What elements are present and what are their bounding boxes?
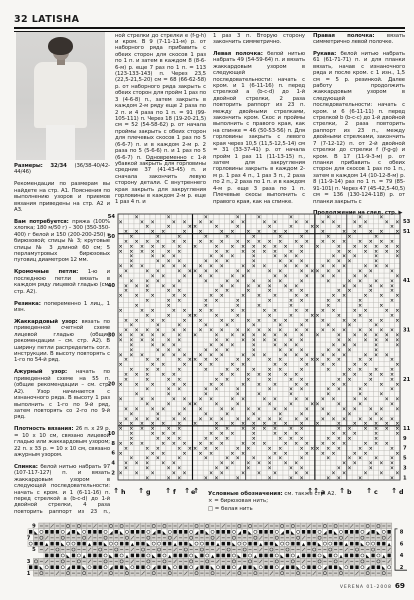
svg-text:41: 41: [403, 278, 411, 284]
svg-text:×: ×: [369, 377, 373, 383]
svg-text:e: e: [191, 489, 195, 496]
svg-text:×: ×: [182, 352, 186, 358]
svg-text:51: 51: [403, 229, 411, 235]
svg-text:3: 3: [403, 465, 407, 471]
svg-text:×: ×: [182, 328, 186, 334]
svg-text:×: ×: [379, 470, 383, 476]
paragraph: Резинка: попеременно 1 лиц., 1 изн.: [14, 301, 110, 314]
svg-text:×: ×: [119, 470, 123, 476]
svg-text:×: ×: [385, 352, 389, 358]
svg-text:×: ×: [241, 308, 245, 314]
svg-text:×: ×: [135, 372, 139, 378]
svg-text:×: ×: [284, 342, 288, 348]
svg-text:×: ×: [284, 362, 288, 368]
svg-text:h: h: [121, 489, 125, 496]
svg-text:×: ×: [177, 249, 181, 255]
svg-text:×: ×: [363, 352, 367, 358]
svg-text:×: ×: [150, 406, 154, 412]
svg-text:×: ×: [214, 224, 218, 230]
svg-text:×: ×: [198, 273, 202, 279]
svg-text:×: ×: [182, 293, 186, 299]
svg-text:×: ×: [353, 397, 357, 403]
svg-text:×: ×: [337, 224, 341, 230]
svg-text:×: ×: [257, 239, 261, 245]
svg-text:×: ×: [214, 298, 218, 304]
svg-text:×: ×: [273, 362, 277, 368]
svg-text:×: ×: [321, 406, 325, 412]
svg-text:×: ×: [273, 470, 277, 476]
svg-text:×: ×: [331, 293, 335, 299]
svg-text:×: ×: [225, 436, 229, 442]
svg-text:×: ×: [172, 308, 176, 314]
svg-text:×: ×: [363, 362, 367, 368]
svg-text:×: ×: [172, 254, 176, 260]
paragraph: Спинка: белой нитью набрать 97 (107-117-…: [14, 464, 110, 515]
paragraph: Размеры: 32/34 (36/38-40/42-44/46): [14, 163, 110, 176]
svg-text:×: ×: [268, 224, 272, 230]
paragraph: Рукава: белой нитью набрать 61 (61-71-71…: [313, 51, 405, 205]
svg-text:×: ×: [214, 288, 218, 294]
svg-text:×: ×: [145, 239, 149, 245]
svg-text:×: ×: [209, 342, 213, 348]
svg-text:×: ×: [220, 382, 224, 388]
svg-text:×: ×: [193, 333, 197, 339]
svg-text:×: ×: [278, 269, 282, 275]
svg-text:×: ×: [119, 426, 123, 432]
svg-text:×: ×: [150, 431, 154, 437]
svg-text:×: ×: [268, 298, 272, 304]
svg-text:×: ×: [278, 278, 282, 284]
svg-text:×: ×: [390, 298, 394, 304]
svg-text:×: ×: [353, 451, 357, 457]
svg-text:×: ×: [214, 436, 218, 442]
svg-text:×: ×: [124, 416, 128, 422]
svg-text:×: ×: [161, 333, 165, 339]
svg-text:×: ×: [331, 328, 335, 334]
svg-text:×: ×: [124, 406, 128, 412]
svg-text:50: 50: [108, 234, 116, 240]
svg-text:1: 1: [403, 475, 407, 481]
svg-text:×: ×: [342, 239, 346, 245]
svg-text:×: ×: [230, 318, 234, 324]
svg-text:×: ×: [331, 254, 335, 260]
svg-text:×: ×: [172, 397, 176, 403]
svg-text:×: ×: [395, 254, 399, 260]
svg-text:×: ×: [305, 219, 309, 225]
svg-text:×: ×: [124, 239, 128, 245]
svg-text:×: ×: [220, 239, 224, 245]
svg-text:×: ×: [214, 466, 218, 472]
svg-text:×: ×: [289, 224, 293, 230]
svg-text:×: ×: [358, 278, 362, 284]
svg-text:×: ×: [156, 446, 160, 452]
svg-text:×: ×: [209, 239, 213, 245]
svg-text:×: ×: [172, 382, 176, 388]
text-column-2: ной стрелки до стрелки e (f-g-h) и кром.…: [115, 33, 206, 212]
svg-text:×: ×: [278, 347, 282, 353]
svg-text:×: ×: [209, 470, 213, 476]
svg-text:×: ×: [342, 352, 346, 358]
svg-text:×: ×: [294, 328, 298, 334]
svg-text:×: ×: [299, 357, 303, 363]
paragraph-lead: Вам потребуется:: [14, 219, 72, 225]
svg-text:×: ×: [299, 387, 303, 393]
svg-text:×: ×: [188, 446, 192, 452]
svg-text:×: ×: [353, 254, 357, 260]
svg-text:×: ×: [204, 456, 208, 462]
svg-text:×: ×: [230, 406, 234, 412]
svg-text:×: ×: [225, 466, 229, 472]
svg-text:×: ×: [390, 377, 394, 383]
svg-text:5: 5: [32, 547, 36, 553]
svg-text:×: ×: [342, 264, 346, 270]
svg-text:×: ×: [278, 456, 282, 462]
svg-text:×: ×: [257, 461, 261, 467]
svg-text:×: ×: [236, 328, 240, 334]
svg-text:×: ×: [342, 293, 346, 299]
svg-text:×: ×: [220, 416, 224, 422]
svg-text:×: ×: [395, 318, 399, 324]
svg-text:×: ×: [299, 377, 303, 383]
svg-text:×: ×: [379, 461, 383, 467]
svg-text:×: ×: [342, 470, 346, 476]
svg-text:×: ×: [193, 313, 197, 319]
svg-text:×: ×: [230, 283, 234, 289]
svg-text:×: ×: [268, 377, 272, 383]
svg-text:×: ×: [358, 328, 362, 334]
svg-text:×: ×: [395, 219, 399, 225]
svg-text:×: ×: [166, 249, 170, 255]
svg-text:×: ×: [305, 293, 309, 299]
svg-text:×: ×: [209, 431, 213, 437]
svg-text:×: ×: [299, 269, 303, 275]
svg-text:×: ×: [353, 333, 357, 339]
svg-text:×: ×: [347, 288, 351, 294]
svg-text:×: ×: [337, 269, 341, 275]
legend-item: □ = белая нить: [208, 506, 398, 513]
svg-text:×: ×: [193, 224, 197, 230]
svg-text:×: ×: [294, 308, 298, 314]
svg-text:×: ×: [337, 357, 341, 363]
svg-text:×: ×: [214, 249, 218, 255]
svg-text:×: ×: [299, 446, 303, 452]
svg-text:×: ×: [347, 259, 351, 265]
svg-text:×: ×: [177, 337, 181, 343]
svg-text:×: ×: [305, 318, 309, 324]
svg-text:×: ×: [305, 352, 309, 358]
svg-text:×: ×: [385, 219, 389, 225]
svg-text:9: 9: [403, 436, 407, 442]
svg-text:×: ×: [305, 328, 309, 334]
svg-text:×: ×: [252, 264, 256, 270]
svg-text:×: ×: [294, 239, 298, 245]
svg-text:×: ×: [156, 239, 160, 245]
svg-text:×: ×: [119, 362, 123, 368]
svg-text:×: ×: [241, 352, 245, 358]
svg-text:×: ×: [252, 323, 256, 329]
svg-text:×: ×: [257, 293, 261, 299]
svg-text:×: ×: [209, 219, 213, 225]
svg-text:×: ×: [246, 446, 250, 452]
svg-text:×: ×: [161, 431, 165, 437]
svg-text:×: ×: [241, 397, 245, 403]
paragraph-lead: Спинка:: [14, 464, 40, 470]
svg-text:×: ×: [385, 264, 389, 270]
svg-text:×: ×: [119, 273, 123, 279]
svg-text:×: ×: [310, 224, 314, 230]
svg-text:×: ×: [315, 244, 319, 250]
svg-text:×: ×: [347, 347, 351, 353]
svg-text:×: ×: [363, 426, 367, 432]
svg-text:×: ×: [385, 337, 389, 343]
svg-text:×: ×: [284, 461, 288, 467]
svg-text:×: ×: [358, 224, 362, 230]
svg-text:×: ×: [246, 406, 250, 412]
svg-text:×: ×: [182, 273, 186, 279]
svg-text:×: ×: [342, 431, 346, 437]
svg-text:×: ×: [236, 446, 240, 452]
svg-text:×: ×: [230, 333, 234, 339]
svg-text:×: ×: [299, 234, 303, 240]
svg-text:×: ×: [305, 308, 309, 314]
svg-text:×: ×: [220, 264, 224, 270]
svg-text:×: ×: [379, 328, 383, 334]
svg-text:×: ×: [337, 402, 341, 408]
svg-text:2: 2: [111, 470, 115, 476]
svg-text:×: ×: [390, 328, 394, 334]
svg-text:×: ×: [230, 451, 234, 457]
svg-text:×: ×: [273, 451, 277, 457]
svg-text:×: ×: [262, 337, 266, 343]
svg-text:×: ×: [331, 382, 335, 388]
svg-text:5: 5: [403, 456, 407, 462]
svg-text:×: ×: [379, 239, 383, 245]
svg-text:×: ×: [257, 328, 261, 334]
paragraph-lead: Рукава:: [313, 51, 341, 57]
svg-text:×: ×: [150, 342, 154, 348]
svg-text:×: ×: [156, 278, 160, 284]
svg-text:×: ×: [395, 431, 399, 437]
svg-text:×: ×: [209, 308, 213, 314]
svg-text:×: ×: [326, 411, 330, 417]
footer-page-number: 69: [395, 581, 405, 590]
svg-text:×: ×: [268, 387, 272, 393]
svg-text:×: ×: [236, 224, 240, 230]
svg-text:×: ×: [135, 392, 139, 398]
svg-text:×: ×: [262, 308, 266, 314]
svg-text:×: ×: [241, 249, 245, 255]
svg-text:×: ×: [135, 461, 139, 467]
svg-text:×: ×: [369, 446, 373, 452]
svg-text:×: ×: [166, 288, 170, 294]
svg-text:×: ×: [129, 456, 133, 462]
svg-text:×: ×: [135, 303, 139, 309]
svg-text:×: ×: [214, 387, 218, 393]
svg-text:×: ×: [390, 466, 394, 472]
svg-text:×: ×: [363, 470, 367, 476]
svg-text:×: ×: [188, 357, 192, 363]
svg-text:×: ×: [182, 239, 186, 245]
svg-text:×: ×: [358, 475, 362, 481]
svg-text:×: ×: [129, 352, 133, 358]
svg-text:×: ×: [289, 249, 293, 255]
svg-text:×: ×: [140, 397, 144, 403]
svg-text:×: ×: [214, 446, 218, 452]
svg-text:×: ×: [236, 456, 240, 462]
svg-text:×: ×: [150, 219, 154, 225]
svg-text:×: ×: [358, 357, 362, 363]
svg-text:×: ×: [358, 313, 362, 319]
svg-text:×: ×: [230, 362, 234, 368]
svg-text:×: ×: [289, 402, 293, 408]
svg-text:54: 54: [108, 214, 116, 220]
svg-text:d: d: [399, 489, 404, 496]
svg-text:×: ×: [395, 470, 399, 476]
svg-text:×: ×: [347, 436, 351, 442]
svg-text:×: ×: [390, 288, 394, 294]
svg-text:31: 31: [403, 328, 411, 334]
svg-text:×: ×: [214, 313, 218, 319]
svg-text:×: ×: [198, 362, 202, 368]
svg-text:×: ×: [299, 249, 303, 255]
svg-text:×: ×: [353, 461, 357, 467]
svg-text:×: ×: [177, 456, 181, 462]
svg-text:×: ×: [198, 441, 202, 447]
svg-text:×: ×: [177, 466, 181, 472]
svg-text:×: ×: [220, 352, 224, 358]
svg-text:×: ×: [198, 416, 202, 422]
svg-text:×: ×: [177, 387, 181, 393]
svg-text:×: ×: [358, 446, 362, 452]
svg-text:×: ×: [220, 372, 224, 378]
svg-text:×: ×: [358, 402, 362, 408]
svg-text:×: ×: [374, 264, 378, 270]
svg-text:×: ×: [347, 456, 351, 462]
svg-text:×: ×: [198, 328, 202, 334]
photo-hair: [48, 37, 73, 55]
svg-text:×: ×: [220, 328, 224, 334]
svg-text:×: ×: [369, 416, 373, 422]
svg-text:×: ×: [204, 278, 208, 284]
svg-text:×: ×: [236, 392, 240, 398]
svg-text:×: ×: [209, 416, 213, 422]
svg-text:×: ×: [225, 234, 229, 240]
svg-text:×: ×: [193, 357, 197, 363]
svg-text:×: ×: [326, 446, 330, 452]
svg-text:×: ×: [220, 318, 224, 324]
svg-text:×: ×: [326, 303, 330, 309]
svg-text:×: ×: [140, 426, 144, 432]
svg-text:×: ×: [358, 367, 362, 373]
svg-text:×: ×: [315, 313, 319, 319]
svg-text:×: ×: [289, 475, 293, 481]
svg-text:×: ×: [119, 337, 123, 343]
svg-text:×: ×: [214, 357, 218, 363]
svg-text:×: ×: [145, 416, 149, 422]
svg-text:×: ×: [150, 451, 154, 457]
svg-text:×: ×: [241, 219, 245, 225]
svg-text:×: ×: [395, 397, 399, 403]
svg-text:×: ×: [315, 446, 319, 452]
svg-text:×: ×: [241, 362, 245, 368]
svg-text:×: ×: [204, 411, 208, 417]
svg-text:×: ×: [198, 239, 202, 245]
svg-text:×: ×: [310, 357, 314, 363]
svg-text:×: ×: [140, 249, 144, 255]
svg-text:×: ×: [305, 239, 309, 245]
svg-text:×: ×: [326, 392, 330, 398]
svg-text:×: ×: [347, 367, 351, 373]
svg-text:×: ×: [321, 397, 325, 403]
svg-text:×: ×: [294, 382, 298, 388]
svg-text:×: ×: [289, 426, 293, 432]
svg-text:×: ×: [299, 456, 303, 462]
svg-text:×: ×: [166, 214, 170, 220]
svg-text:×: ×: [230, 273, 234, 279]
svg-text:×: ×: [374, 411, 378, 417]
svg-text:×: ×: [230, 397, 234, 403]
svg-text:8: 8: [111, 441, 115, 447]
svg-text:×: ×: [150, 293, 154, 299]
svg-text:×: ×: [390, 416, 394, 422]
svg-text:×: ×: [161, 342, 165, 348]
svg-text:×: ×: [385, 249, 389, 255]
footer-brand: VERENA 01-2008: [340, 585, 392, 590]
svg-text:×: ×: [273, 254, 277, 260]
svg-text:×: ×: [379, 382, 383, 388]
svg-text:×: ×: [268, 288, 272, 294]
svg-text:×: ×: [145, 387, 149, 393]
svg-text:×: ×: [353, 362, 357, 368]
svg-text:×: ×: [347, 323, 351, 329]
svg-text:×: ×: [305, 406, 309, 412]
svg-text:×: ×: [225, 347, 229, 353]
svg-text:×: ×: [358, 392, 362, 398]
svg-text:×: ×: [135, 416, 139, 422]
svg-text:×: ×: [220, 431, 224, 437]
svg-text:×: ×: [337, 387, 341, 393]
svg-text:×: ×: [177, 269, 181, 275]
svg-text:×: ×: [204, 303, 208, 309]
svg-text:×: ×: [172, 416, 176, 422]
svg-text:×: ×: [278, 239, 282, 245]
svg-text:×: ×: [294, 431, 298, 437]
svg-text:×: ×: [347, 411, 351, 417]
svg-text:×: ×: [321, 219, 325, 225]
svg-text:×: ×: [177, 323, 181, 329]
svg-text:×: ×: [241, 293, 245, 299]
svg-text:×: ×: [358, 416, 362, 422]
svg-text:×: ×: [209, 397, 213, 403]
svg-text:×: ×: [236, 214, 240, 220]
svg-text:×: ×: [358, 303, 362, 309]
svg-text:×: ×: [204, 269, 208, 275]
svg-text:×: ×: [161, 264, 165, 270]
svg-text:×: ×: [342, 441, 346, 447]
svg-text:×: ×: [188, 313, 192, 319]
svg-text:×: ×: [369, 357, 373, 363]
svg-text:×: ×: [268, 328, 272, 334]
svg-text:×: ×: [284, 372, 288, 378]
svg-text:×: ×: [268, 239, 272, 245]
jacquard-chart: ××××××××××××××××××××××××××××××××××××××××…: [102, 210, 414, 504]
svg-text:×: ×: [188, 402, 192, 408]
svg-text:×: ×: [326, 456, 330, 462]
svg-text:×: ×: [156, 436, 160, 442]
svg-text:×: ×: [278, 367, 282, 373]
svg-text:7: 7: [403, 446, 407, 452]
svg-text:×: ×: [193, 244, 197, 250]
